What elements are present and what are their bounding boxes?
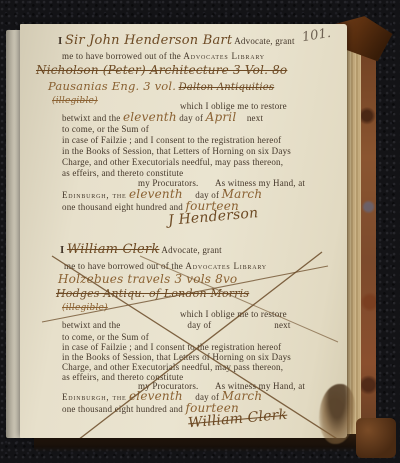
printed-next: next [247,113,263,123]
entry1-betwixt-line: betwixt and the eleventh day of April ne… [62,112,263,123]
entry1-book-1-struck: Nicholson (Peter) Architecture 3 Vol. 8o [36,65,287,75]
entry1-signature: J Henderson [168,208,259,226]
entry2-opening-line: I William Clerk Advocate, grant [60,245,222,255]
entry1-charge-line: Charge, and other Executorials needful, … [62,157,283,167]
printed-day-of-3: day of [187,320,211,330]
entry1-effeirs-line: as effeirs, and thereto constitute [62,168,183,178]
printed-year-2: one thousand eight hundred and [62,404,183,414]
printed-betwixt: betwixt and the [62,113,121,123]
printed-edinburgh: Edinburgh, the [62,190,127,200]
printed-borrow-prefix: me to have borrowed out of the [62,51,181,61]
printed-next-2: next [274,320,290,330]
photo-of-library-borrowing-register: { "photo": { "page_number": "101." }, "f… [0,0,400,463]
printed-borrow-prefix-2: me to have borrowed out of the [64,261,183,271]
entry1-book-2-title: Pausanias Eng. 3 vol. [48,79,176,93]
entry1-sum-line: to come, or the Sum of [62,124,149,134]
printed-advocate-grant: Advocate, grant [234,36,294,46]
printed-betwixt-2: betwixt and the [62,320,121,330]
entry2-charge-line: Charge, and other Executorials needful, … [62,362,283,372]
entry2-session-line: in the Books of Session, that Letters of… [62,352,291,362]
entry1-return-month: April [206,110,237,124]
entry1-book-3-struck: (illegible) [52,96,98,106]
entry2-signed-day: eleventh [129,389,183,403]
entry1-borrow-line: me to have borrowed out of the Advocates… [62,51,265,61]
entry1-borrower-name: Sir John Henderson Bart [65,33,232,48]
entry2-sum-line: to come, or the Sum of [62,332,149,342]
entry1-book-2: Pausanias Eng. 3 vol. Dalton Antiquities [48,81,274,93]
entry2-failzie-line: in case of Failzie ; and I consent to th… [62,342,281,352]
entry2-borrow-line: me to have borrowed out of the Advocates… [64,261,267,271]
printed-advocate-grant-2: Advocate, grant [161,245,221,255]
entry2-book-3-struck: (illegible) [62,303,108,313]
marbled-page-edge [361,33,376,447]
printed-year: one thousand eight hundred and [62,202,183,212]
page-number: 101. [301,26,332,45]
entry2-betwixt-line: betwixt and the day of next [62,320,291,330]
printed-edinburgh-2: Edinburgh, the [62,392,127,402]
printed-I: I [58,35,62,47]
entry1-failzie-line: in case of Failzie ; and I consent to th… [62,135,281,145]
entry1-session-line: in the Books of Session, that Letters of… [62,146,291,156]
entry1-signed-day: eleventh [129,187,183,201]
printed-library-name-2: Advocates Library [185,261,267,271]
printed-I-2: I [60,244,64,256]
entry1-book-2-struck: Dalton Antiquities [179,82,275,93]
entry2-book-2-struck: Hodges Antiqu. of London Morris [56,289,249,299]
entry2-book-1: Holzebues travels 3 vols 8vo [58,274,237,284]
entry2-borrower-name: William Clerk [67,242,159,257]
entry1-return-day: eleventh [123,110,177,124]
entry2-restore-line: which I oblige me to restore [180,309,287,319]
printed-day-of: day of [179,113,203,123]
entry1-opening-line: I Sir John Henderson Bart Advocate, gran… [58,36,295,46]
printed-library-name: Advocates Library [183,51,265,61]
book-cover-corner-bottom [356,418,396,458]
register-page: 101. I Sir John Henderson Bart Advocate,… [20,24,347,438]
